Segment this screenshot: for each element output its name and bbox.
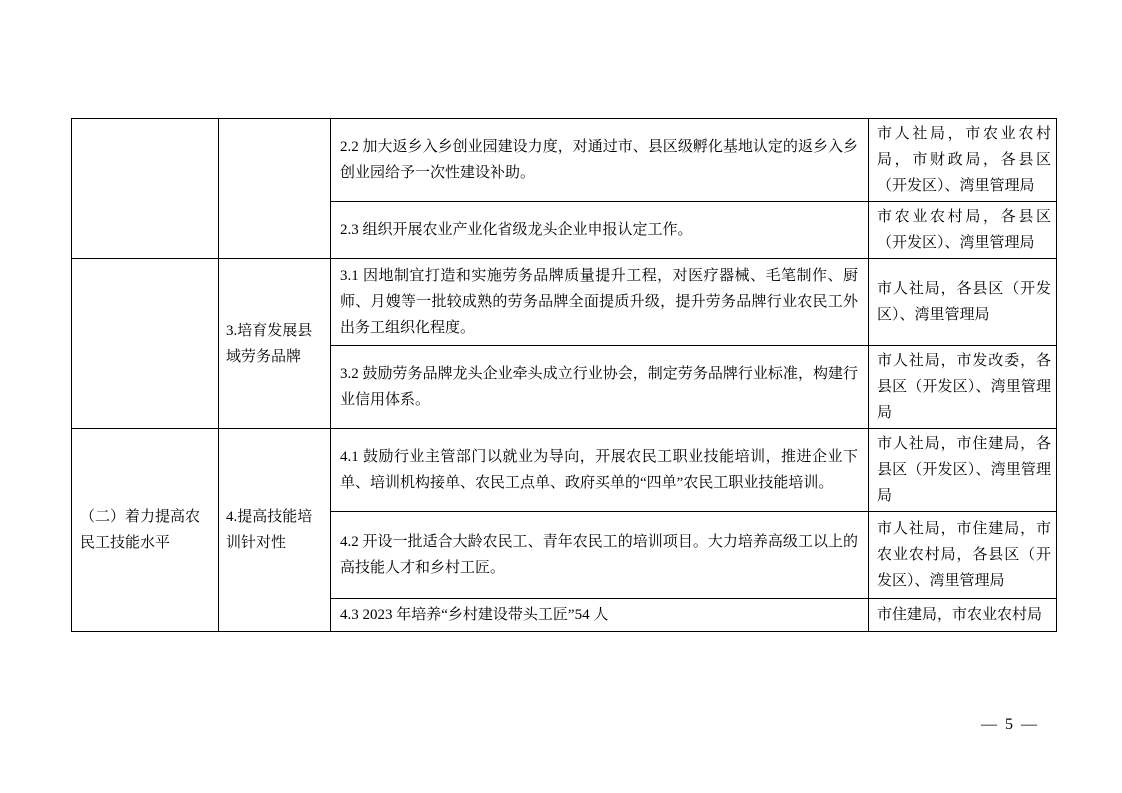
department-cell: 市人社局，市住建局，各县区（开发区）、湾里管理局 (869, 429, 1057, 512)
measure-cell: 2.3 组织开展农业产业化省级龙头企业申报认定工作。 (331, 202, 869, 259)
department-cell: 市人社局，市农业农村局，市财政局，各县区（开发区）、湾里管理局 (869, 119, 1057, 202)
table-row: 2.2 加大返乡入乡创业园建设力度，对通过市、县区级孵化基地认定的返乡入乡创业园… (72, 119, 1057, 202)
department-cell: 市住建局，市农业农村局 (869, 599, 1057, 632)
task-cell (219, 119, 331, 259)
category-cell (72, 119, 219, 259)
table-row: 3.培育发展县域劳务品牌 3.1 因地制宜打造和实施劳务品牌质量提升工程，对医疗… (72, 259, 1057, 346)
measure-cell: 4.1 鼓励行业主管部门以就业为导向，开展农民工职业技能培训，推进企业下单、培训… (331, 429, 869, 512)
measure-cell: 3.1 因地制宜打造和实施劳务品牌质量提升工程，对医疗器械、毛笔制作、厨师、月嫂… (331, 259, 869, 346)
department-cell: 市人社局，市发改委，各县区（开发区）、湾里管理局 (869, 346, 1057, 429)
department-cell: 市人社局，各县区（开发区）、湾里管理局 (869, 259, 1057, 346)
department-cell: 市人社局，市住建局，市农业农村局，各县区（开发区）、湾里管理局 (869, 512, 1057, 599)
category-cell (72, 259, 219, 429)
measure-cell: 4.3 2023 年培养“乡村建设带头工匠”54 人 (331, 599, 869, 632)
measure-cell: 2.2 加大返乡入乡创业园建设力度，对通过市、县区级孵化基地认定的返乡入乡创业园… (331, 119, 869, 202)
page-number: — 5 — (955, 716, 1065, 734)
department-cell: 市农业农村局，各县区（开发区）、湾里管理局 (869, 202, 1057, 259)
action-plan-table: 2.2 加大返乡入乡创业园建设力度，对通过市、县区级孵化基地认定的返乡入乡创业园… (71, 118, 1057, 632)
table-row: （二）着力提高农民工技能水平 4.提高技能培训针对性 4.1 鼓励行业主管部门以… (72, 429, 1057, 512)
task-cell: 3.培育发展县域劳务品牌 (219, 259, 331, 429)
measure-cell: 4.2 开设一批适合大龄农民工、青年农民工的培训项目。大力培养高级工以上的高技能… (331, 512, 869, 599)
document-page: 2.2 加大返乡入乡创业园建设力度，对通过市、县区级孵化基地认定的返乡入乡创业园… (0, 0, 1122, 793)
category-cell: （二）着力提高农民工技能水平 (72, 429, 219, 632)
task-cell: 4.提高技能培训针对性 (219, 429, 331, 632)
measure-cell: 3.2 鼓励劳务品牌龙头企业牵头成立行业协会，制定劳务品牌行业标准，构建行业信用… (331, 346, 869, 429)
